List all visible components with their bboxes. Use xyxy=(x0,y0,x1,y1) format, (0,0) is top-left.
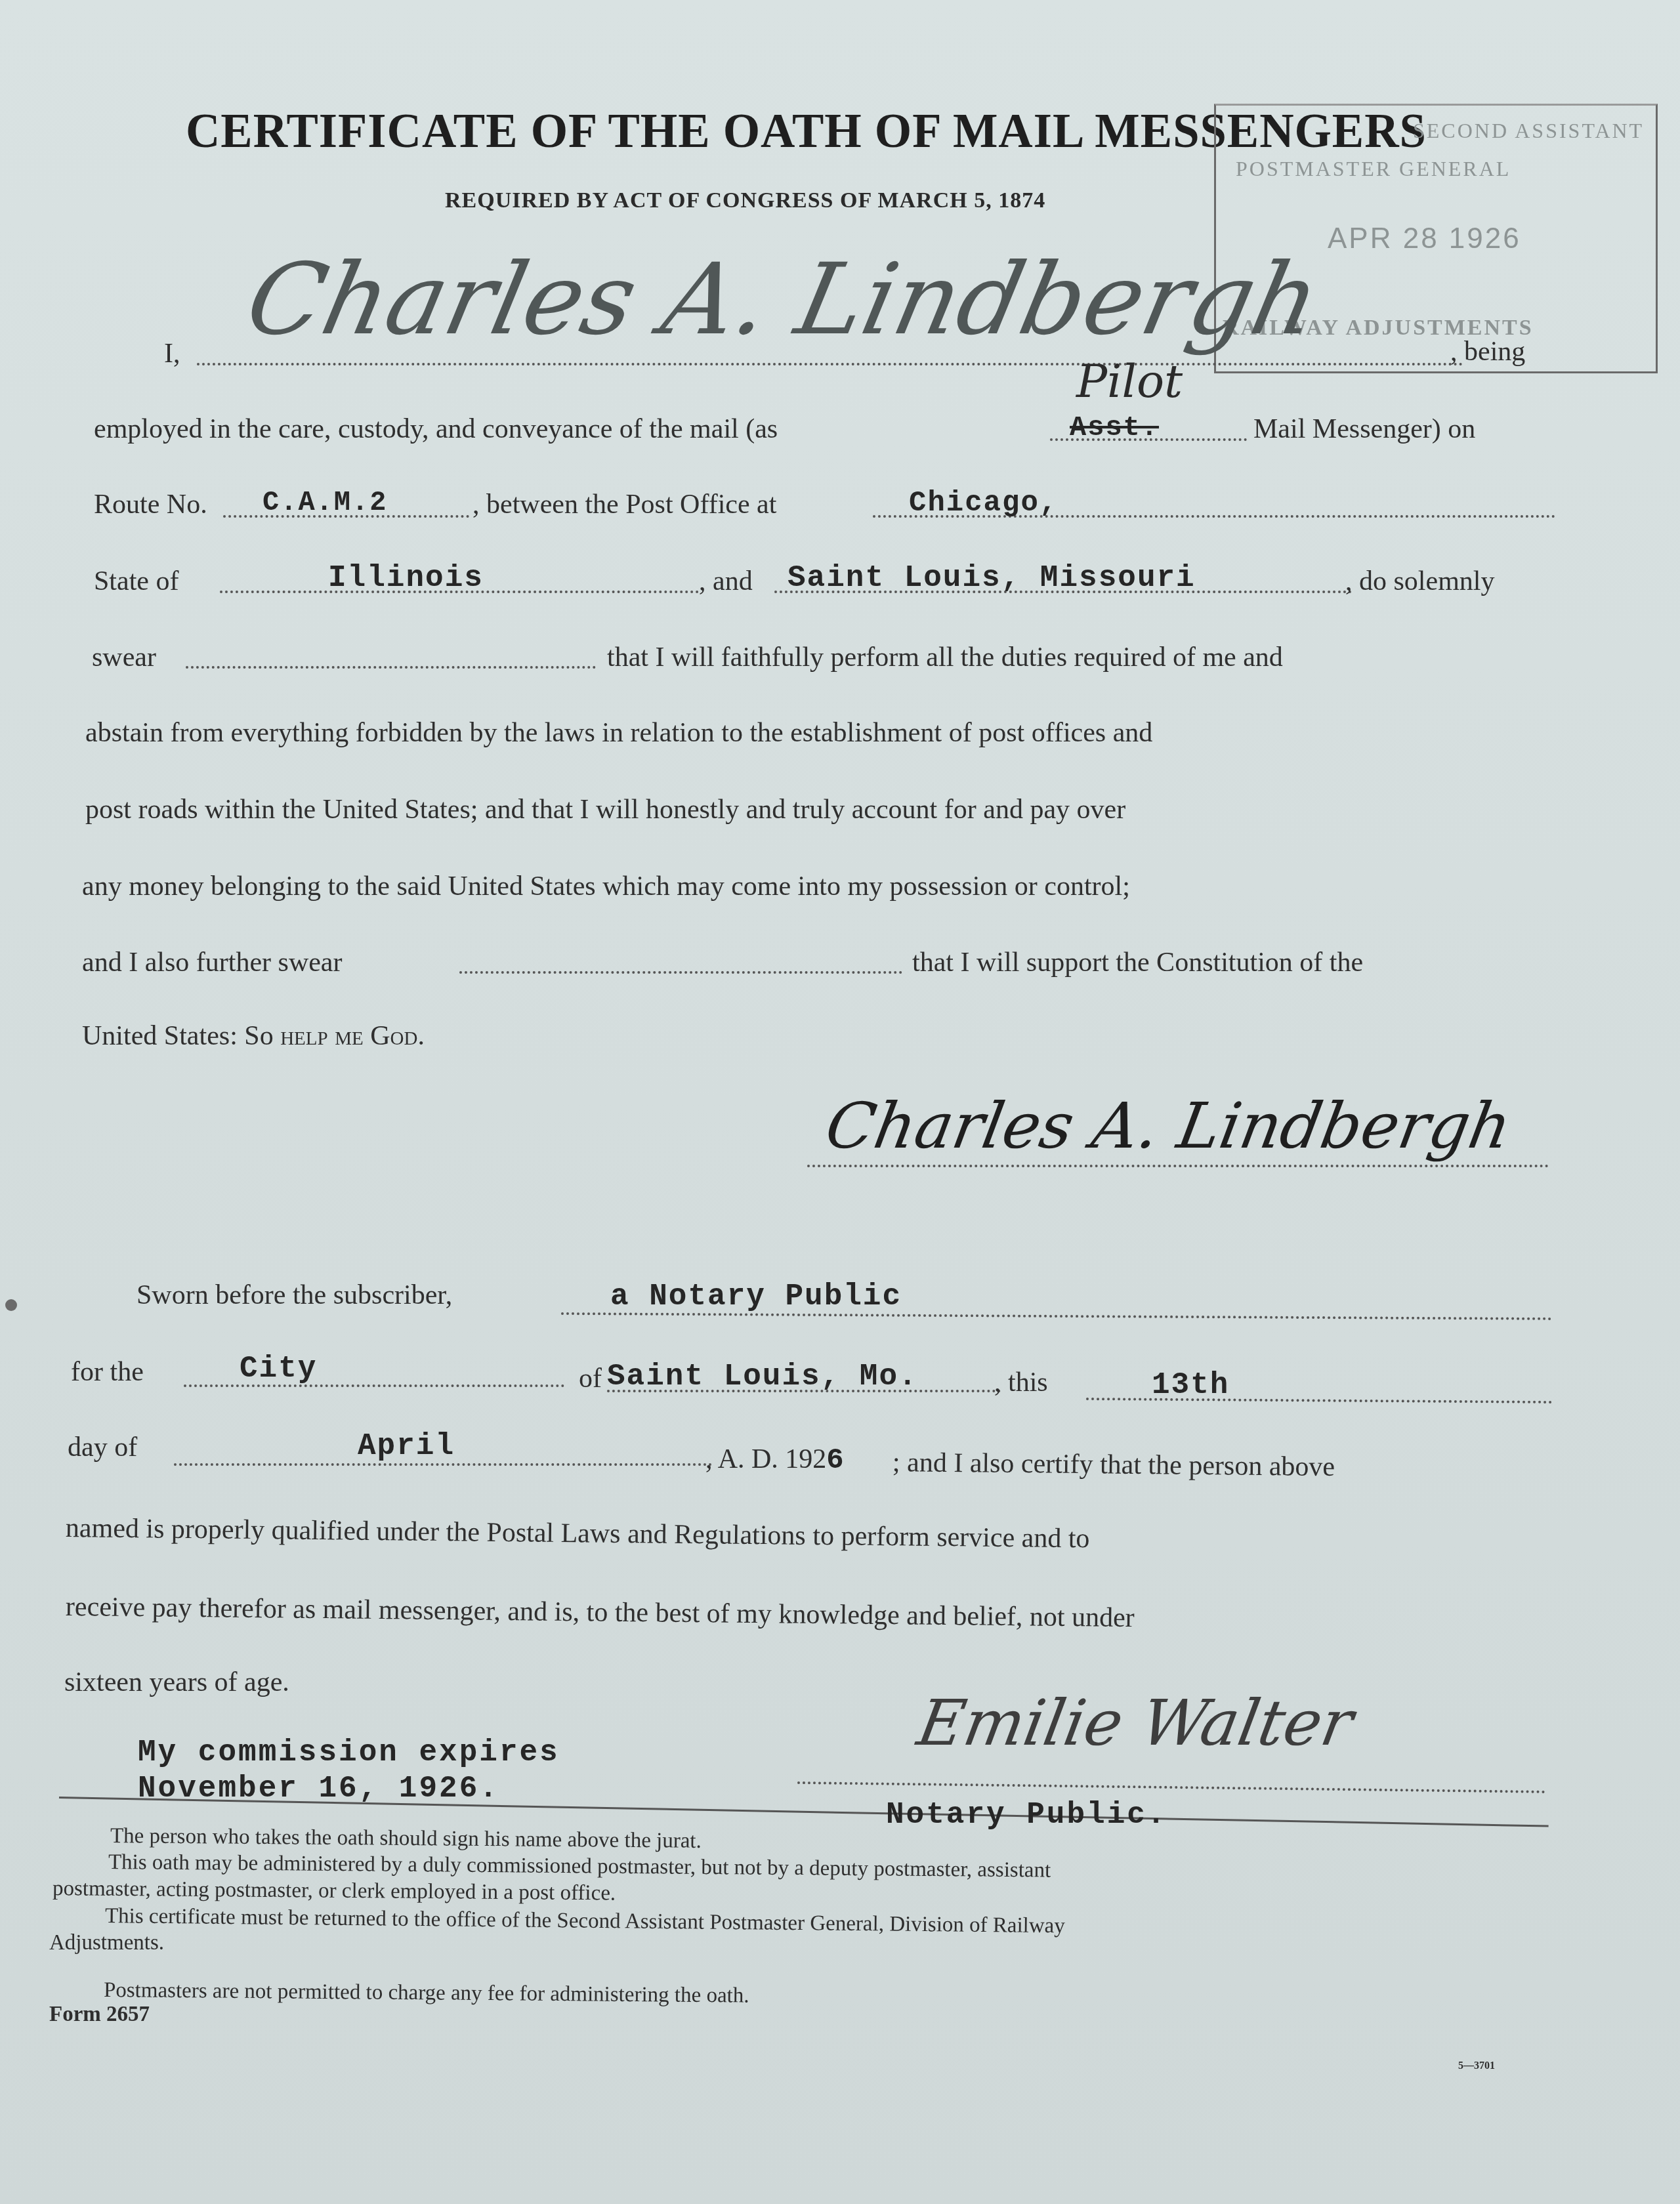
day-of-label: day of xyxy=(68,1432,137,1463)
jurat-line-receive: receive pay therefor as mail messenger, … xyxy=(66,1591,1135,1634)
year-digit: 6 xyxy=(826,1444,845,1477)
month-value: April xyxy=(358,1429,455,1463)
print-code: 5—3701 xyxy=(1458,2060,1495,2072)
footnote-5: Adjustments. xyxy=(49,1931,164,1955)
being-text: , being xyxy=(1450,336,1525,367)
swear-field-line xyxy=(186,666,596,669)
route-value: C.A.M.2 xyxy=(262,487,387,518)
between-text: , between the Post Office at xyxy=(472,489,776,520)
solemnly-text: , do solemnly xyxy=(1345,566,1495,597)
support-text: that I will support the Constitution of … xyxy=(912,947,1363,978)
ad-label: , A. D. 1926 xyxy=(705,1444,845,1477)
place-value: Saint Louis, Mo. xyxy=(607,1360,918,1394)
sworn-label: Sworn before the subscriber, xyxy=(136,1279,452,1311)
notary-signature-line xyxy=(797,1781,1545,1793)
jurat-line-sixteen: sixteen years of age. xyxy=(64,1667,289,1698)
notary-rule xyxy=(59,1797,1549,1827)
day-value: 13th xyxy=(1152,1368,1229,1402)
certify-text: ; and I also certify that the person abo… xyxy=(892,1447,1335,1483)
form-number: Form 2657 xyxy=(49,2003,150,2027)
footnote-6: Postmasters are not permitted to charge … xyxy=(104,1978,749,2008)
destination-value: Saint Louis, Missouri xyxy=(787,561,1196,595)
page-subtitle: REQUIRED BY ACT OF CONGRESS OF MARCH 5, … xyxy=(445,188,1045,213)
affiant-signature: Charles A. Lindbergh xyxy=(820,1089,1517,1163)
route-label: Route No. xyxy=(94,489,207,520)
position-handwritten: Pilot xyxy=(1076,354,1183,408)
commission-line-1: My commission expires xyxy=(138,1736,560,1770)
jurisdiction-value: City xyxy=(240,1352,317,1386)
notary-signature: Emilie Walter xyxy=(912,1686,1358,1760)
mail-messenger-text: Mail Messenger) on xyxy=(1253,413,1475,445)
footnote-4: This certificate must be returned to the… xyxy=(105,1904,1065,1938)
post-office-value: Chicago, xyxy=(909,487,1058,520)
faithfully-text: that I will faithfully perform all the d… xyxy=(607,642,1283,673)
further-swear-field-line xyxy=(459,971,902,974)
stamp-line-1: SECOND ASSISTANT xyxy=(1413,119,1644,143)
state-label: State of xyxy=(94,566,178,597)
oath-closing-prefix: United States: So xyxy=(82,1021,274,1051)
punch-hole-mark xyxy=(5,1299,17,1311)
name-field-handwritten: Charles A. Lindbergh xyxy=(238,243,1330,357)
state-value: Illinois xyxy=(328,561,484,595)
stamp-line-2: POSTMASTER GENERAL xyxy=(1236,157,1511,181)
ad-text: , A. D. 192 xyxy=(705,1444,826,1474)
and-text: , and xyxy=(699,566,753,597)
stamp-date: APR 28 1926 xyxy=(1328,222,1521,255)
oath-line-post-roads: post roads within the United States; and… xyxy=(85,794,1125,825)
oath-i-label: I, xyxy=(164,338,180,369)
notary-title: Notary Public. xyxy=(886,1798,1167,1832)
swear-label: swear xyxy=(92,642,156,673)
employed-text: employed in the care, custody, and conve… xyxy=(94,413,778,445)
position-typed: Asst. xyxy=(1070,412,1159,444)
oath-line-abstain: abstain from everything forbidden by the… xyxy=(85,717,1152,749)
of-label: of xyxy=(579,1363,602,1394)
for-the-label: for the xyxy=(71,1356,144,1388)
this-label: , this xyxy=(994,1367,1048,1398)
oath-closing: United States: So help me God. xyxy=(82,1020,425,1052)
subscriber-value: a Notary Public xyxy=(610,1279,902,1314)
oath-closing-smallcaps: help me God. xyxy=(280,1021,425,1051)
name-field-line xyxy=(197,363,1463,365)
jurat-line-named: named is properly qualified under the Po… xyxy=(66,1512,1090,1554)
affiant-signature-line xyxy=(807,1165,1549,1167)
oath-line-money: any money belonging to the said United S… xyxy=(82,871,1130,902)
month-field-line xyxy=(174,1463,712,1466)
document-page: CERTIFICATE OF THE OATH OF MAIL MESSENGE… xyxy=(0,0,1680,2204)
footnote-3: postmaster, acting postmaster, or clerk … xyxy=(52,1877,616,1905)
further-swear-text: and I also further swear xyxy=(82,947,343,978)
footnote-1: The person who takes the oath should sig… xyxy=(110,1824,702,1854)
